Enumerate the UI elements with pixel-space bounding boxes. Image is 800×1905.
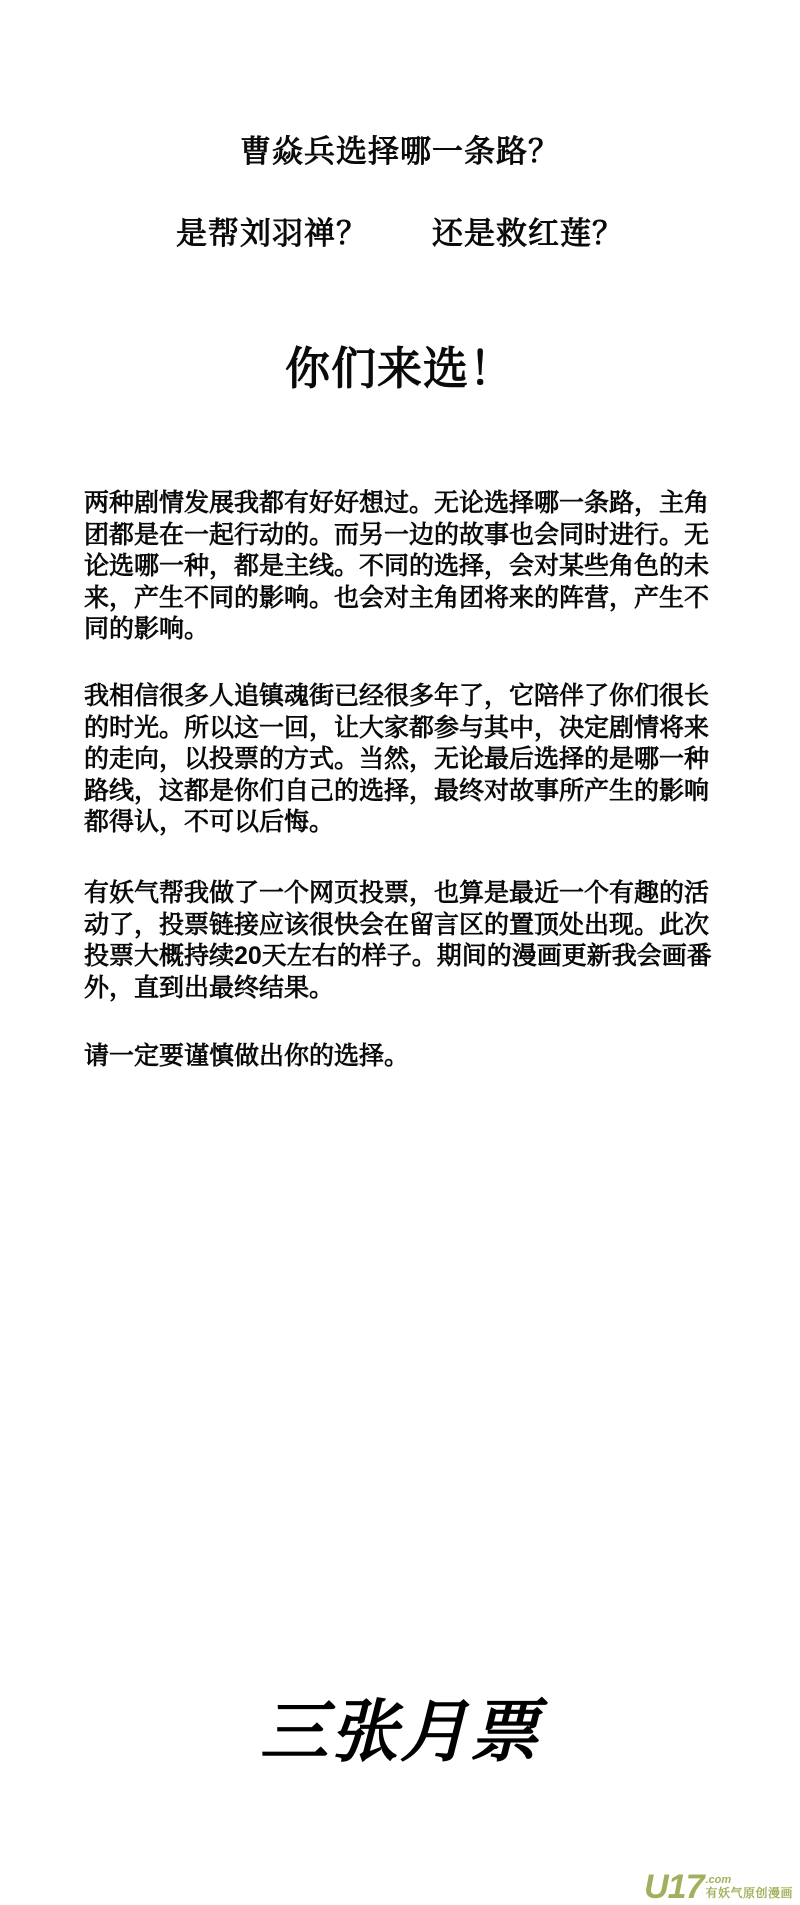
heading-options: 是帮刘羽禅？还是救红莲？ <box>0 208 800 253</box>
comic-announcement-page: 曹焱兵选择哪一条路？ 是帮刘羽禅？还是救红莲？ 你们来选！ 两种剧情发展我都有好… <box>0 0 800 1905</box>
option-left-text: 是帮刘羽禅？ <box>176 216 368 251</box>
body-paragraph-4: 请一定要谨慎做出你的选择。 <box>84 1041 744 1073</box>
text-line: 都得认，不可以后悔。 <box>84 807 744 839</box>
calligraphy-monthly-ticket: 三张月票 <box>0 1678 800 1775</box>
text-line: 外，直到出最终结果。 <box>84 973 744 1005</box>
text-line: 的走向，以投票的方式。当然，无论最后选择的是哪一种 <box>84 744 744 776</box>
text-line: 论选哪一种，都是主线。不同的选择，会对某些角色的未 <box>84 551 744 583</box>
u17-tagline-text: 有妖气原创漫画 <box>705 1887 793 1899</box>
text-line: 路线，这都是你们自己的选择，最终对故事所产生的影响 <box>84 776 744 808</box>
text-line: 请一定要谨慎做出你的选择。 <box>84 1041 744 1073</box>
body-paragraph-2: 我相信很多人追镇魂街已经很多年了，它陪伴了你们很长 的时光。所以这一回，让大家都… <box>84 681 744 839</box>
text-line: 我相信很多人追镇魂街已经很多年了，它陪伴了你们很长 <box>84 681 744 713</box>
u17-tld-text: .com <box>705 1875 731 1885</box>
body-paragraph-3: 有妖气帮我做了一个网页投票，也算是最近一个有趣的活 动了，投票链接应该很快会在留… <box>84 878 744 1004</box>
option-right-text: 还是救红莲？ <box>432 216 624 251</box>
text-line: 投票大概持续20天左右的样子。期间的漫画更新我会画番 <box>84 941 744 973</box>
text-line: 来，产生不同的影响。也会对主角团将来的阵营，产生不 <box>84 583 744 615</box>
text-line: 团都是在一起行动的。而另一边的故事也会同时进行。无 <box>84 520 744 552</box>
u17-brand-text: U17 <box>644 1875 703 1899</box>
text-line: 的时光。所以这一回，让大家都参与其中，决定剧情将来 <box>84 713 744 745</box>
u17-logo: U17 .com 有妖气原创漫画 <box>644 1875 793 1899</box>
u17-logo-column: .com 有妖气原创漫画 <box>705 1875 793 1899</box>
text-line: 两种剧情发展我都有好好想过。无论选择哪一条路，主角 <box>84 488 744 520</box>
heading-question: 曹焱兵选择哪一条路？ <box>0 126 800 171</box>
heading-cta: 你们来选！ <box>0 332 800 397</box>
body-paragraph-1: 两种剧情发展我都有好好想过。无论选择哪一条路，主角 团都是在一起行动的。而另一边… <box>84 488 744 646</box>
text-line: 有妖气帮我做了一个网页投票，也算是最近一个有趣的活 <box>84 878 744 910</box>
text-line: 同的影响。 <box>84 614 744 646</box>
text-line: 动了，投票链接应该很快会在留言区的置顶处出现。此次 <box>84 910 744 942</box>
